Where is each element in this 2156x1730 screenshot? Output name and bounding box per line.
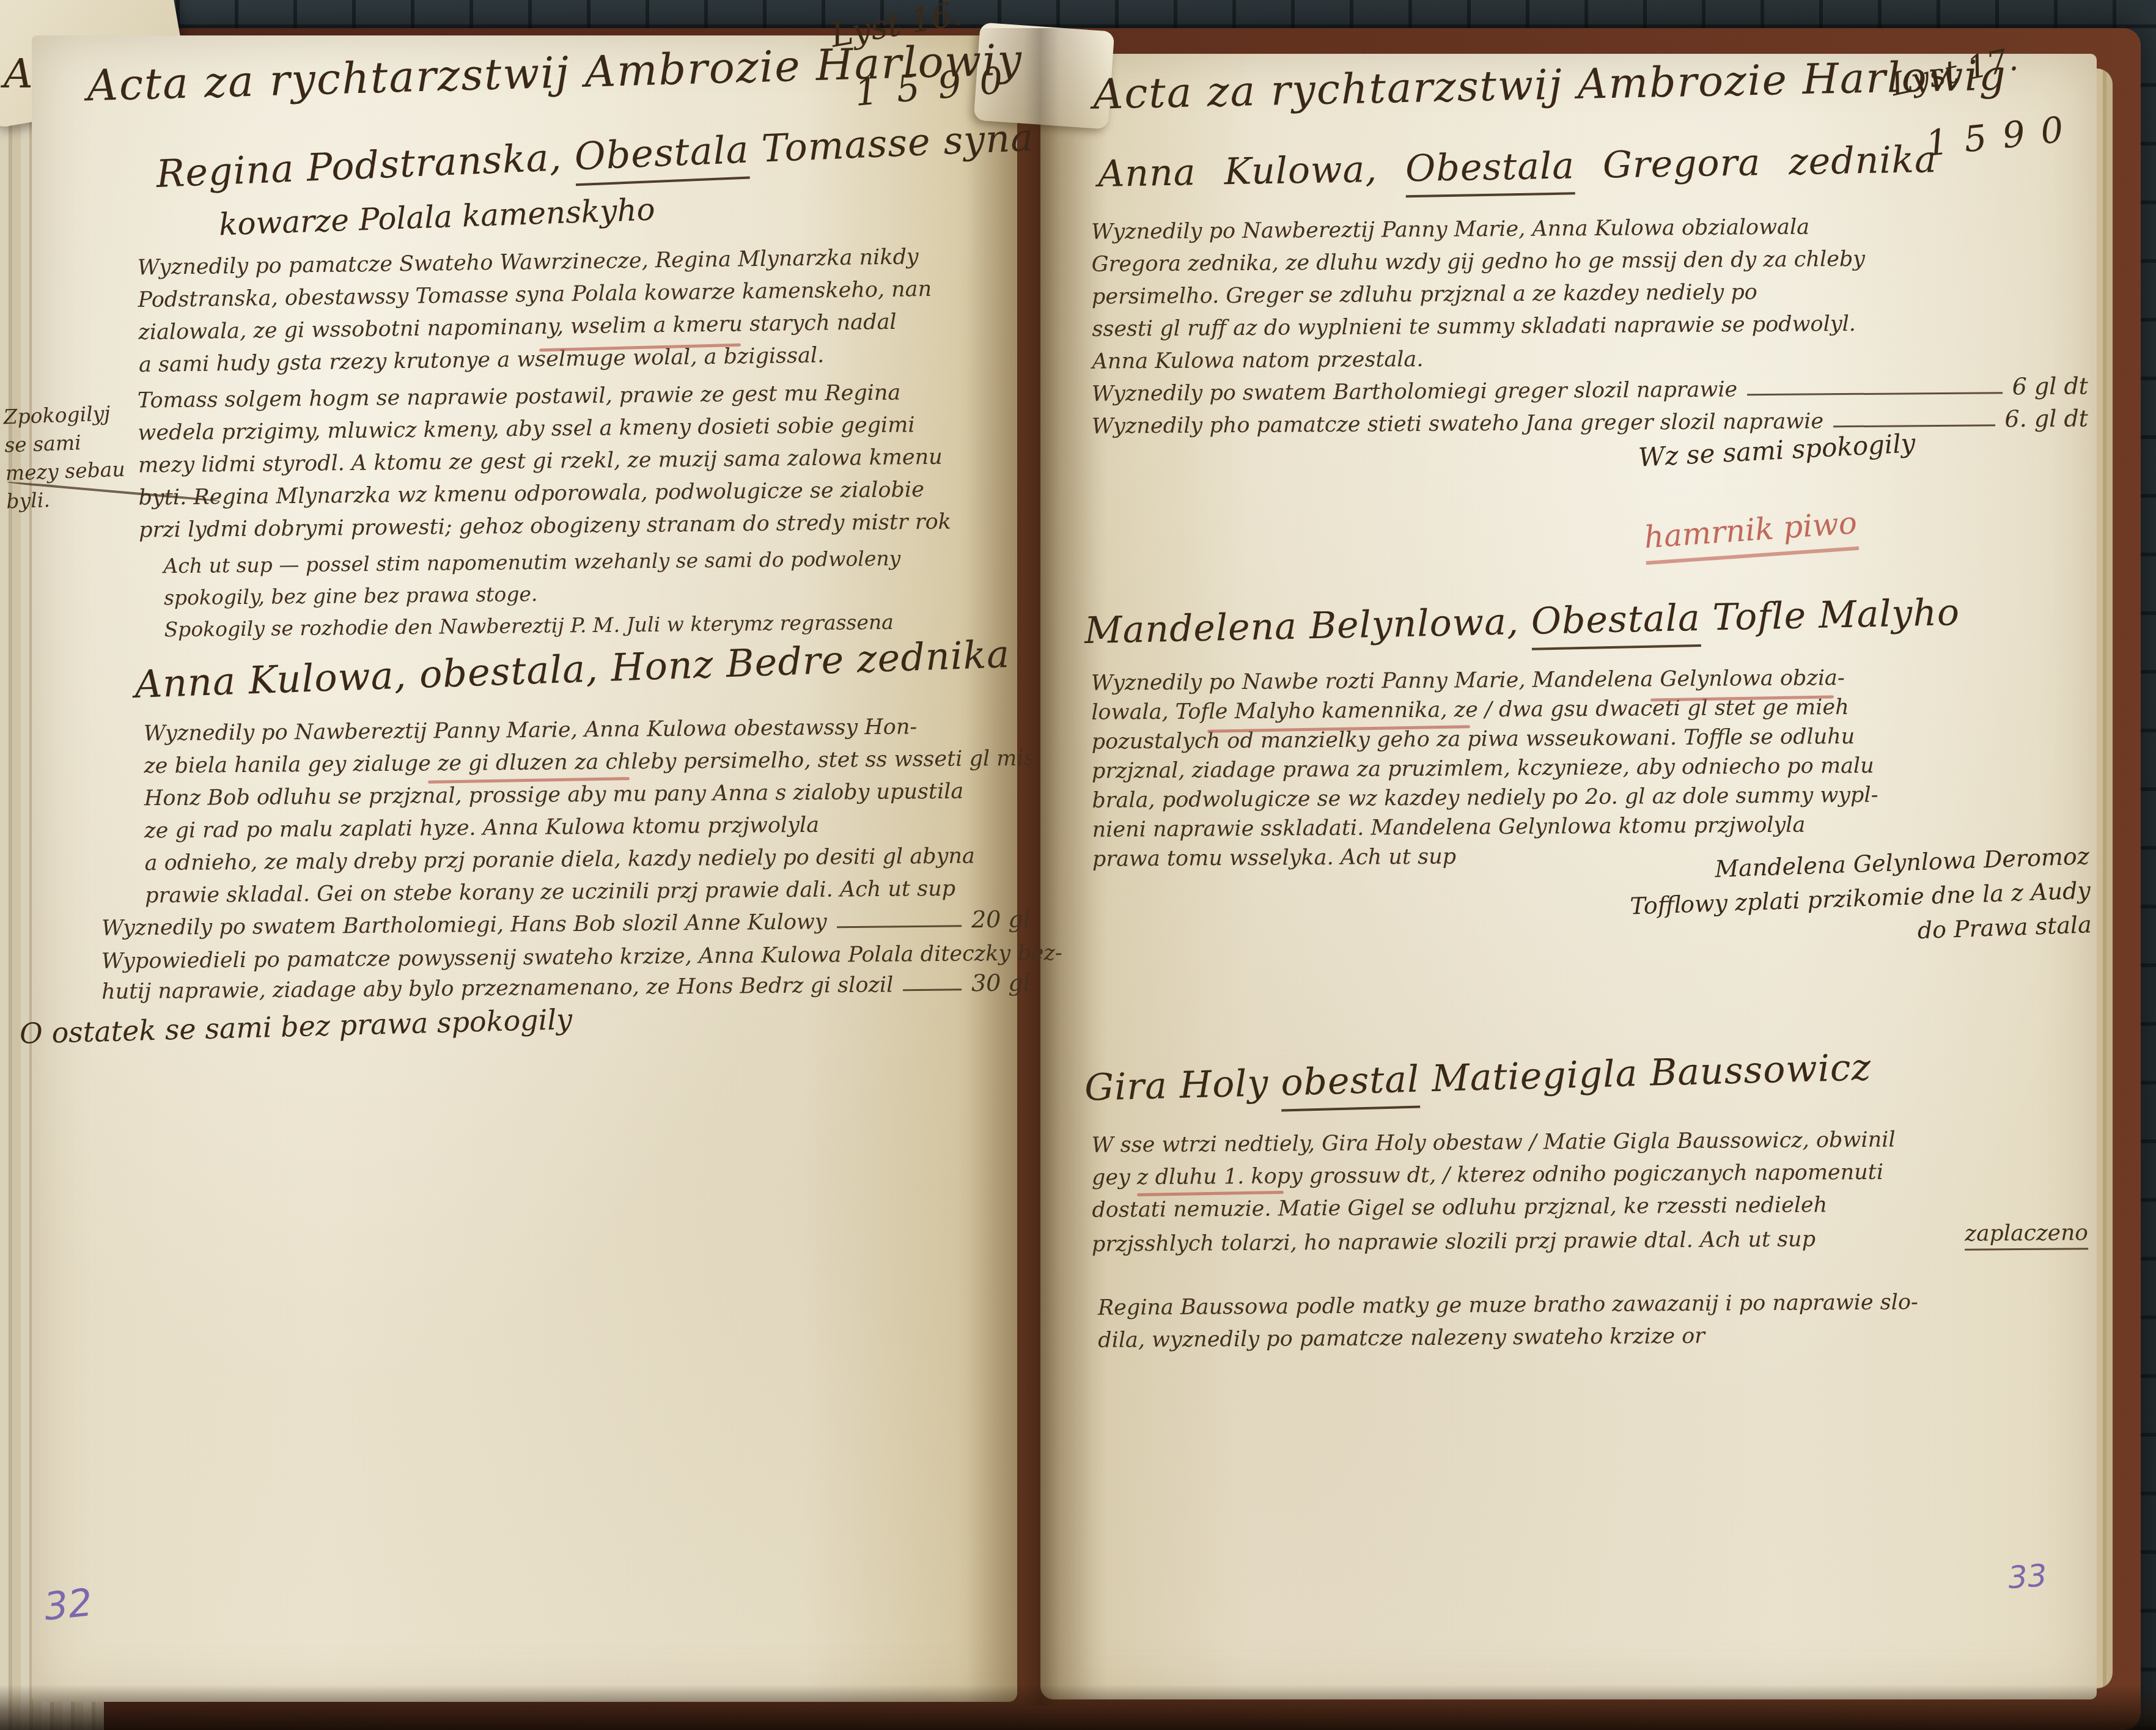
signature-block: Mandelena Gelynlowa DeromozTofflowy zpla… xyxy=(1539,839,2092,960)
amount-line-text: Wyznedily pho pamatcze stieti swateho Ja… xyxy=(1092,409,1823,438)
edge-letter: A xyxy=(4,50,33,97)
heading-text-underlined: Obestala xyxy=(573,127,750,186)
amount-line-text: Wyznedily po swatem Bartholomiegi greger… xyxy=(1092,377,1737,406)
entry-body: Tomass solgem hogm se naprawie postawil,… xyxy=(138,375,1026,547)
entry-body: Wyznedily po pamatcze Swateho Wawrzinecz… xyxy=(138,240,1026,381)
bottom-edge-shadow xyxy=(0,1685,2156,1730)
entry-body: Ach ut sup — possel stim napomenutim wze… xyxy=(163,542,1020,646)
amount-value: 6 gl dt xyxy=(2012,372,2088,400)
heading-text: Gira Holy xyxy=(1084,1061,1281,1109)
amount-value: 30 gl xyxy=(971,969,1031,996)
fill-dash xyxy=(837,925,962,928)
body-line-text: przjsshlych tolarzi, ho naprawie slozili… xyxy=(1092,1227,1816,1256)
fill-dash xyxy=(1833,424,1995,427)
spacer xyxy=(1825,1245,1955,1245)
paid-note: zaplaczeno xyxy=(1965,1220,2088,1250)
entry-body: Wyznedily po Nawbe rozti Panny Marie, Ma… xyxy=(1091,661,2089,874)
heading-text: Tofle Malyho xyxy=(1700,591,1960,639)
fill-dash xyxy=(1747,392,2002,396)
heading-text: obestala, xyxy=(419,646,599,697)
heading-text: Anna Kulowa, xyxy=(1097,147,1405,196)
entry-body: Wyznedily po Nawbereztij Panny Marie, An… xyxy=(1091,209,2089,378)
entry-body: Regina Baussowa podle matky ge muze brat… xyxy=(1098,1285,2095,1356)
amount-value: 6. gl dt xyxy=(2004,405,2088,432)
heading-text: Gregora zednika xyxy=(1574,138,1937,187)
margin-note: Zpokogilyjse samimezy sebau byli. xyxy=(3,398,166,516)
heading-text-underlined: obestal xyxy=(1280,1058,1420,1112)
heading-text-underlined: Obestala xyxy=(1405,144,1575,197)
entry-body: W sse wtrzi nedtiely, Gira Holy obestaw … xyxy=(1091,1122,2088,1226)
folio-number-pencil: 33 xyxy=(2007,1558,2048,1596)
photo-of-manuscript: { "colors": { "background": "#2b3438", "… xyxy=(0,0,2156,1730)
fill-dash xyxy=(903,988,962,991)
amount-value: 20 gl xyxy=(971,905,1031,933)
folio-number-pencil: 32 xyxy=(42,1580,94,1629)
entry-body: Wyznedily po Nawbereztij Panny Marie, An… xyxy=(144,710,1032,913)
heading-text-underlined: Obestala xyxy=(1531,597,1701,650)
